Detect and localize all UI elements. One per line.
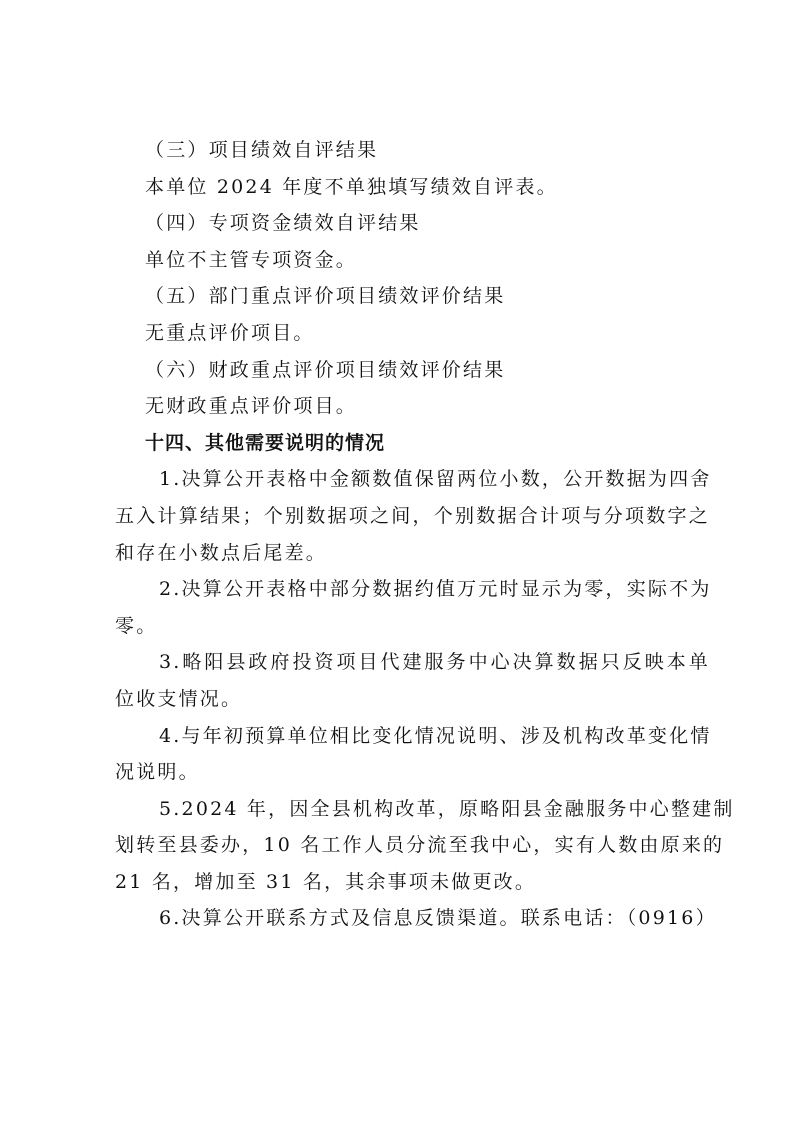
note-line: 4.与年初预算单位相比变化情况说明、涉及机构改革变化情 (115, 718, 710, 755)
section-heading-other-notes: 十四、其他需要说明的情况 (115, 425, 710, 462)
subheading-project-self-eval: （三）项目绩效自评结果 (115, 132, 710, 169)
subheading-special-funds: （四）专项资金绩效自评结果 (115, 205, 710, 242)
body-dept-key-eval: 无重点评价项目。 (115, 315, 710, 352)
note-line: 位收支情况。 (115, 681, 710, 718)
note-item-6: 6.决算公开联系方式及信息反馈渠道。联系电话：（0916） (115, 900, 710, 937)
subheading-dept-key-eval: （五）部门重点评价项目绩效评价结果 (115, 278, 710, 315)
note-line: 划转至县委办，10 名工作人员分流至我中心，实有人数由原来的 (115, 827, 710, 864)
note-item-1: 1.决算公开表格中金额数值保留两位小数，公开数据为四舍 五入计算结果；个别数据项… (115, 461, 710, 571)
note-item-5: 5.2024 年，因全县机构改革，原略阳县金融服务中心整建制 划转至县委办，10… (115, 791, 710, 901)
note-line: 况说明。 (115, 754, 710, 791)
note-item-4: 4.与年初预算单位相比变化情况说明、涉及机构改革变化情 况说明。 (115, 718, 710, 791)
note-line: 3.略阳县政府投资项目代建服务中心决算数据只反映本单 (115, 644, 710, 681)
body-finance-key-eval: 无财政重点评价项目。 (115, 388, 710, 425)
note-line: 零。 (115, 608, 710, 645)
note-item-3: 3.略阳县政府投资项目代建服务中心决算数据只反映本单 位收支情况。 (115, 644, 710, 717)
document-page: （三）项目绩效自评结果 本单位 2024 年度不单独填写绩效自评表。 （四）专项… (115, 132, 710, 937)
note-line: 5.2024 年，因全县机构改革，原略阳县金融服务中心整建制 (115, 791, 710, 828)
note-line: 21 名，增加至 31 名，其余事项未做更改。 (115, 864, 710, 901)
body-special-funds: 单位不主管专项资金。 (115, 242, 710, 279)
body-project-self-eval: 本单位 2024 年度不单独填写绩效自评表。 (115, 169, 710, 206)
note-line: 1.决算公开表格中金额数值保留两位小数，公开数据为四舍 (115, 461, 710, 498)
note-item-2: 2.决算公开表格中部分数据约值万元时显示为零，实际不为 零。 (115, 571, 710, 644)
note-line: 五入计算结果；个别数据项之间，个别数据合计项与分项数字之 (115, 498, 710, 535)
subheading-finance-key-eval: （六）财政重点评价项目绩效评价结果 (115, 352, 710, 389)
note-line: 和存在小数点后尾差。 (115, 535, 710, 572)
note-line: 6.决算公开联系方式及信息反馈渠道。联系电话：（0916） (115, 900, 710, 937)
note-line: 2.决算公开表格中部分数据约值万元时显示为零，实际不为 (115, 571, 710, 608)
